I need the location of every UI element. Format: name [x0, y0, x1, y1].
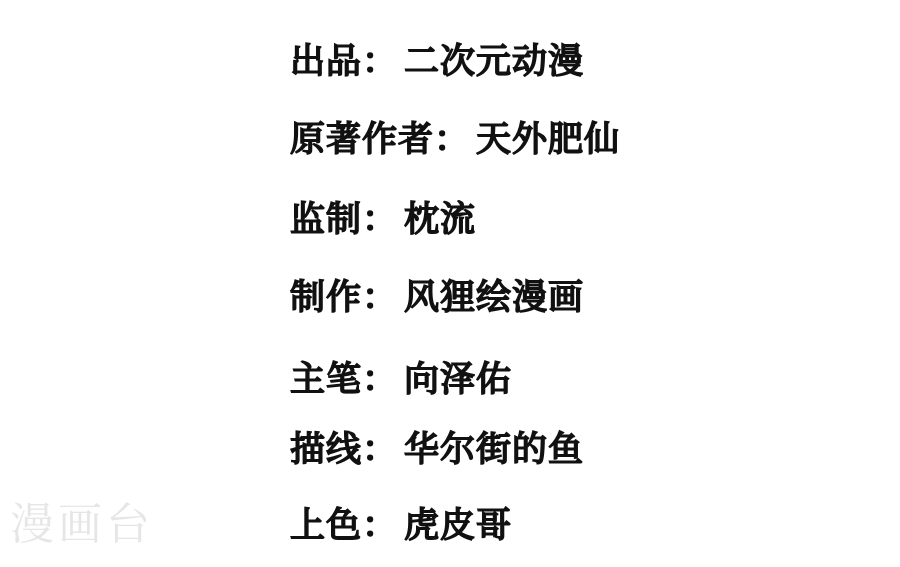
- credit-role: 监制: [290, 199, 362, 240]
- credit-name: 华尔街的鱼: [404, 429, 584, 470]
- credit-producer: 出品：二次元动漫: [290, 44, 584, 79]
- credit-name: 枕流: [404, 199, 476, 240]
- credit-role: 制作: [290, 277, 362, 318]
- credit-role: 描线: [290, 429, 362, 470]
- credit-separator: ：: [362, 429, 398, 470]
- credit-name: 向泽佑: [404, 359, 512, 400]
- credits-list: 出品：二次元动漫 原著作者：天外肥仙 监制：枕流 制作：风狸绘漫画 主笔：向泽佑…: [290, 0, 890, 567]
- credit-line-art: 描线：华尔街的鱼: [290, 432, 584, 467]
- credit-separator: ：: [434, 119, 470, 160]
- credit-name: 天外肥仙: [476, 119, 620, 160]
- credit-separator: ：: [362, 41, 398, 82]
- watermark-logo: 漫画台: [10, 503, 154, 547]
- credit-role: 原著作者: [290, 119, 434, 160]
- credit-name: 风狸绘漫画: [404, 277, 584, 318]
- credit-role: 上色: [290, 505, 362, 546]
- credit-name: 虎皮哥: [404, 505, 512, 546]
- credit-separator: ：: [362, 199, 398, 240]
- credit-original-author: 原著作者：天外肥仙: [290, 122, 620, 157]
- credit-coloring: 上色：虎皮哥: [290, 508, 512, 543]
- credit-supervisor: 监制：枕流: [290, 202, 476, 237]
- credit-lead-artist: 主笔：向泽佑: [290, 362, 512, 397]
- credit-production: 制作：风狸绘漫画: [290, 280, 584, 315]
- credit-separator: ：: [362, 277, 398, 318]
- credit-role: 出品: [290, 41, 362, 82]
- credit-role: 主笔: [290, 359, 362, 400]
- credit-separator: ：: [362, 505, 398, 546]
- credit-separator: ：: [362, 359, 398, 400]
- credit-name: 二次元动漫: [404, 41, 584, 82]
